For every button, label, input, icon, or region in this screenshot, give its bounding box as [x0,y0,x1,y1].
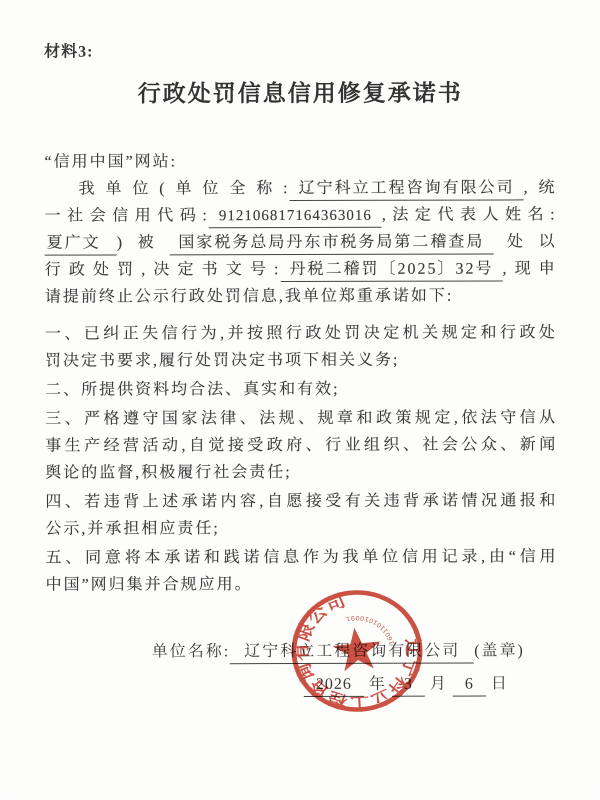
commitment-5-line-2: 中国”网归集并合规应用。 [46,570,558,598]
commitment-3-line-3: 舆论的监督,积极履行社会责任; [45,458,557,486]
intro-line-4: 行政处罚,决定书文号:丹税二稽罚〔2025〕32号,现申 [45,255,557,283]
page-title: 行政处罚信息信用修复承诺书 [44,74,556,108]
commitment-3-line-1: 三、严格遵守国家法律、法规、规章和政策规定,依法守信从 [45,404,557,432]
intro-line3-mid: )被 [117,234,170,251]
company-name-field: 辽宁科立工程咨询有限公司 [290,177,524,201]
stamp-note: (盖章) [474,642,525,659]
signature-company-field: 辽宁科立工程咨询有限公司 [230,641,474,665]
signature-label: 单位名称: [152,643,230,660]
commitment-item-5: 五、同意将本承诺和践诺信息作为我单位信用记录,由“信用 中国”网归集并合规应用。 [45,543,557,598]
commitment-1-line-1: 一、已纠正失信行为,并按照行政处罚决定机关规定和行政处 [45,319,557,347]
intro-line4-post: ,现申 [502,260,556,277]
intro-line1-pre: 我单位(单位全称: [79,180,290,198]
date-month-field: 3 [392,674,425,697]
intro-line1-post: ,统 [524,179,557,196]
commitment-2-line-1: 二、所提供资料均合法、真实和有效; [45,375,557,403]
date-year-unit: 年 [369,676,387,693]
commitment-4-line-1: 四、若违背上述承诺内容,自愿接受有关违背承诺情况通报和 [45,487,557,515]
date-day-field: 6 [453,674,486,697]
date-row: 2026年3月6日 [46,670,558,698]
date-day-unit: 日 [491,675,509,692]
intro-line2-post: ,法定代表人姓名: [382,206,557,223]
intro-line2-pre: 一社会信用代码: [45,207,209,224]
commitment-item-1: 一、已纠正失信行为,并按照行政处罚决定机关规定和行政处 罚决定书要求,履行处罚决… [45,319,557,374]
commitment-item-4: 四、若违背上述承诺内容,自愿接受有关违背承诺情况通报和 公示,并承担相应责任; [45,487,557,542]
intro-line-3: 夏广文)被国家税务总局丹东市税务局第二稽查局处以 [45,228,557,256]
decision-number-field: 丹税二稽罚〔2025〕32号 [280,258,502,282]
date-year-field: 2026 [304,674,364,697]
commitment-item-3: 三、严格遵守国家法律、法规、规章和政策规定,依法守信从 事生产经营活动,自觉接受… [45,404,557,486]
intro-line-5: 请提前终止公示行政处罚信息,我单位郑重承诺如下: [45,282,557,310]
date-month-unit: 月 [430,676,448,693]
intro-line3-post: 处以 [493,233,556,250]
scanned-document-page: 材料3: 行政处罚信息信用修复承诺书 “信用中国”网站: 我单位(单位全称:辽宁… [0,0,600,800]
commitment-4-line-2: 公示,并承担相应责任; [45,514,557,542]
commitment-1-line-2: 罚决定书要求,履行处罚决定书项下相关义务; [45,346,557,374]
commitment-5-line-1: 五、同意将本承诺和践诺信息作为我单位信用记录,由“信用 [45,543,557,571]
credit-code-field: 912106817164363016 [209,205,382,228]
intro-line4-pre: 行政处罚,决定书文号: [45,261,281,279]
intro-line-2: 一社会信用代码:912106817164363016,法定代表人姓名: [45,201,557,229]
commitment-list: 一、已纠正失信行为,并按照行政处罚决定机关规定和行政处 罚决定书要求,履行处罚决… [45,319,558,598]
legal-representative-field: 夏广文 [45,232,117,255]
salutation: “信用中国”网站: [44,147,556,175]
document-body: 材料3: 行政处罚信息信用修复承诺书 “信用中国”网站: 我单位(单位全称:辽宁… [44,37,558,698]
signature-row: 单位名称:辽宁科立工程咨询有限公司(盖章) [46,637,558,665]
penalty-authority-field: 国家税务总局丹东市税务局第二稽查局 [169,231,493,255]
commitment-3-line-2: 事生产经营活动,自觉接受政府、行业组织、社会公众、新闻 [45,431,557,459]
commitment-item-2: 二、所提供资料均合法、真实和有效; [45,375,557,403]
intro-line-1: 我单位(单位全称:辽宁科立工程咨询有限公司,统 [44,174,556,202]
material-label: 材料3: [44,37,556,61]
